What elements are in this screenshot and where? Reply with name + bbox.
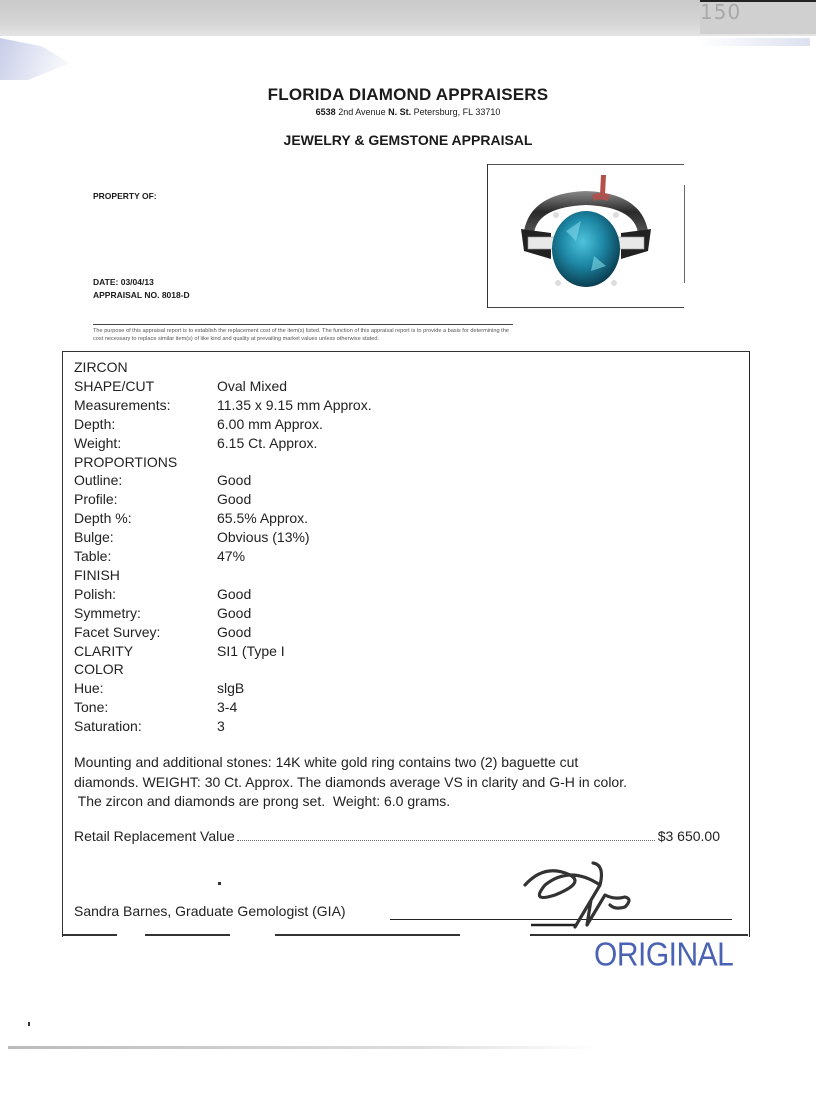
- divider: [275, 934, 460, 936]
- spec-label: Polish:: [74, 585, 116, 604]
- spec-value: 47%: [217, 547, 245, 566]
- company-name: FLORIDA DIAMOND APPRAISERS: [0, 85, 816, 105]
- property-of-label: PROPERTY OF:: [93, 191, 157, 201]
- spec-value: 65.5% Approx.: [217, 509, 308, 528]
- spec-label: Measurements:: [74, 396, 170, 415]
- spec-label: Depth %:: [74, 509, 132, 528]
- spec-value: 6.00 mm Approx.: [217, 415, 323, 434]
- spec-value: 3-4: [217, 698, 237, 717]
- spec-label: Tone:: [74, 698, 108, 717]
- divider: [145, 934, 230, 936]
- spec-label: FINISH: [74, 566, 120, 585]
- original-stamp: ORIGINAL: [594, 937, 733, 974]
- spec-label: Outline:: [74, 471, 122, 490]
- divider: [530, 934, 748, 936]
- spec-label: PROPORTIONS: [74, 453, 177, 472]
- spec-value: Good: [217, 604, 251, 623]
- spec-label: COLOR: [74, 660, 124, 679]
- spec-label: Facet Survey:: [74, 623, 160, 642]
- company-address: 6538 2nd Avenue N. St. Petersburg, FL 33…: [0, 107, 816, 117]
- spec-value: SI1 (Type I: [217, 642, 285, 661]
- appraisal-details-box: [62, 351, 750, 937]
- spec-label: ZIRCON: [74, 358, 128, 377]
- retail-value: $3 650.00: [658, 828, 720, 844]
- spec-value: 6.15 Ct. Approx.: [217, 434, 317, 453]
- divider: [93, 324, 513, 325]
- spec-label: SHAPE/CUT: [74, 377, 154, 396]
- date-value: 03/04/13: [121, 277, 154, 287]
- scan-edge-bottom: [8, 1046, 598, 1049]
- appraisal-number-value: 8018-D: [162, 290, 190, 300]
- spec-label: Hue:: [74, 679, 104, 698]
- document-title: JEWELRY & GEMSTONE APPRAISAL: [0, 132, 816, 148]
- page-number: 150: [700, 0, 741, 24]
- spec-label: Bulge:: [74, 528, 114, 547]
- ring-image-icon: [506, 171, 666, 301]
- appraisal-number-field: APPRAISAL NO. 8018-D: [93, 290, 190, 300]
- spec-value: slgB: [217, 679, 244, 698]
- spec-value: Good: [217, 471, 251, 490]
- spec-value: 3: [217, 717, 225, 736]
- mounting-description: Mounting and additional stones: 14K whit…: [74, 753, 744, 812]
- signer-name: Sandra Barnes, Graduate Gemologist (GIA): [74, 903, 346, 919]
- disclaimer-text: The purpose of this appraisal report is …: [93, 327, 713, 343]
- spec-value: Good: [217, 585, 251, 604]
- ring-photo: [487, 164, 684, 308]
- spec-label: Profile:: [74, 490, 118, 509]
- spec-value: Oval Mixed: [217, 377, 287, 396]
- spec-value: Good: [217, 623, 251, 642]
- scan-speck: [28, 1022, 30, 1026]
- spec-label: Saturation:: [74, 717, 142, 736]
- spec-value: Obvious (13%): [217, 528, 310, 547]
- signature-icon: [515, 855, 645, 930]
- spec-value: Good: [217, 490, 251, 509]
- retail-label: Retail Replacement Value: [74, 828, 235, 844]
- spec-value: 11.35 x 9.15 mm Approx.: [217, 396, 372, 415]
- spec-label: Weight:: [74, 434, 121, 453]
- divider: [62, 934, 117, 936]
- spec-label: Table:: [74, 547, 111, 566]
- date-field: DATE: 03/04/13: [93, 277, 154, 287]
- spec-label: Depth:: [74, 415, 115, 434]
- spec-label: Symmetry:: [74, 604, 141, 623]
- scan-speck: [218, 882, 221, 885]
- retail-replacement-value: Retail Replacement Value $3 650.00: [74, 828, 720, 844]
- scan-smudge: [0, 38, 70, 80]
- scan-edge-top: [0, 0, 816, 36]
- spec-label: CLARITY: [74, 642, 133, 661]
- scan-smudge-right: [700, 38, 810, 46]
- dot-leader: [237, 839, 655, 841]
